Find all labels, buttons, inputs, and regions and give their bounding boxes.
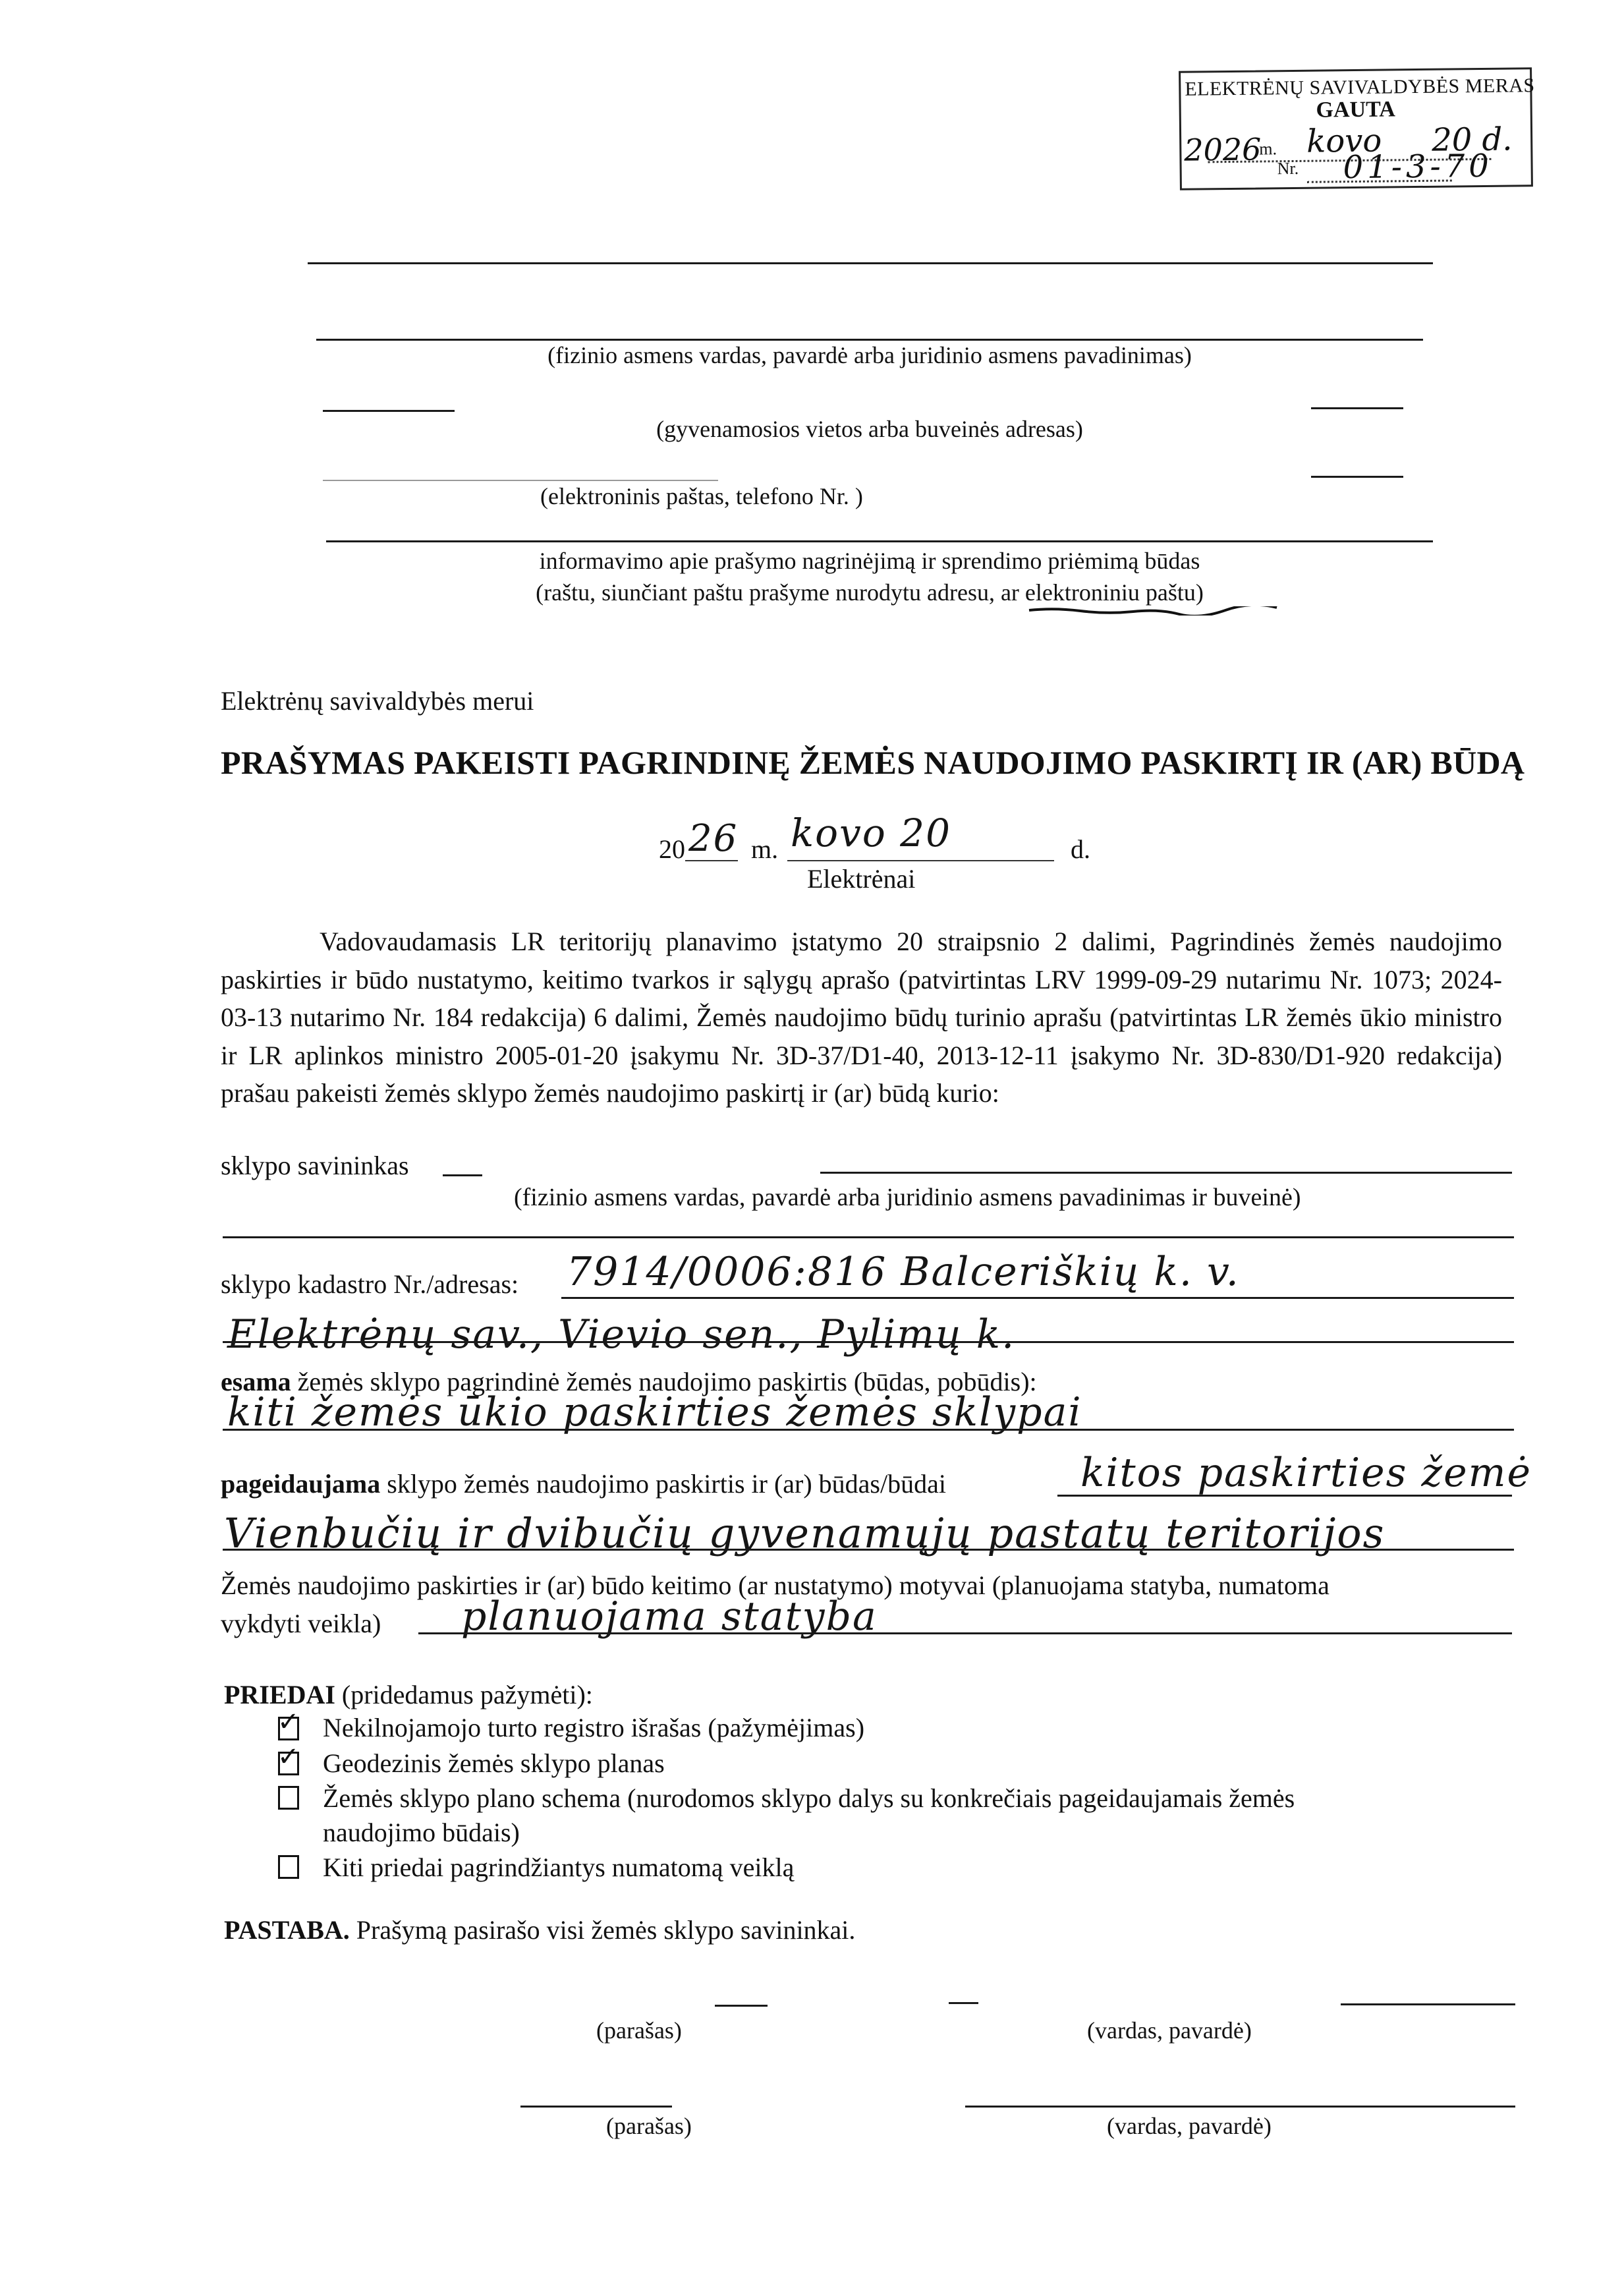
attachment-label-3: Žemės sklypo plano schema (nurodomos skl…: [323, 1783, 1295, 1814]
stamp-number-label: Nr.: [1277, 159, 1299, 179]
attachment-label-4: Kiti priedai pagrindžiantys numatomą vei…: [323, 1852, 794, 1883]
selection-underline-icon: [1028, 606, 1278, 616]
cadastre-label: sklypo kadastro Nr./adresas:: [221, 1269, 518, 1300]
attachments-heading: PRIEDAI (pridedamus pažymėti):: [224, 1679, 593, 1710]
checkmark-icon: ✓: [277, 1707, 300, 1737]
cadastre-value-2[interactable]: Elektrėnų sav., Vievio sen., Pylimų k.: [227, 1311, 1015, 1358]
current-purpose-line: [223, 1429, 1514, 1431]
date-year-line: [685, 860, 738, 861]
attachment-label-1: Nekilnojamojo turto registro išrašas (pa…: [323, 1712, 864, 1743]
owner-label: sklypo savininkas: [221, 1150, 409, 1181]
attachment-label-3-cont: naudojimo būdais): [323, 1817, 520, 1848]
note-text: Prašymą pasirašo visi žemės sklypo savin…: [350, 1915, 856, 1945]
date-month-day-handwritten[interactable]: kovo 20: [791, 811, 951, 855]
date-year-suffix: m.: [751, 834, 778, 865]
attachment-checkbox-4[interactable]: [278, 1855, 299, 1879]
signature-caption-1: (parašas): [596, 2017, 682, 2044]
motive-line: [418, 1632, 1512, 1634]
attachment-checkbox-1[interactable]: ✓: [278, 1717, 299, 1740]
signature-line-1-fragment: [715, 2005, 768, 2007]
stamp-label: GAUTA: [1181, 96, 1530, 125]
cadastre-line-1: [561, 1297, 1514, 1299]
note-bold: PASTABA.: [224, 1915, 350, 1945]
signature-caption-2: (parašas): [606, 2112, 692, 2140]
note: PASTABA. Prašymą pasirašo visi žemės skl…: [224, 1914, 855, 1945]
date-line: [787, 860, 1054, 861]
contact-line-left: [323, 480, 718, 481]
owner-second-line[interactable]: [223, 1236, 1514, 1238]
attachments-heading-bold: PRIEDAI: [224, 1680, 335, 1709]
document-title: PRAŠYMAS PAKEISTI PAGRINDINĘ ŽEMĖS NAUDO…: [221, 743, 1525, 782]
owner-line-short: [443, 1174, 482, 1176]
applicant-address-caption: (gyvenamosios vietos arba buveinės adres…: [316, 415, 1423, 443]
notification-caption-1: informavimo apie prašymo nagrinėjimą ir …: [316, 547, 1423, 575]
applicant-name-caption: (fizinio asmens vardas, pavardė arba jur…: [316, 341, 1423, 369]
body-paragraph: Vadovaudamasis LR teritorijų planavimo į…: [221, 923, 1502, 1112]
desired-purpose-label: pageidaujama sklypo žemės naudojimo pask…: [221, 1468, 946, 1499]
cadastre-line-2: [223, 1341, 1514, 1343]
checkmark-icon: ✓: [277, 1742, 300, 1772]
desired-purpose-label-text: sklypo žemės naudojimo paskirtis ir (ar)…: [380, 1469, 946, 1499]
date-year-prefix: 20: [659, 834, 685, 865]
desired-purpose-label-bold: pageidaujama: [221, 1469, 380, 1499]
owner-caption: (fizinio asmens vardas, pavardė arba jur…: [514, 1183, 1301, 1212]
applicant-name-line[interactable]: [316, 339, 1423, 341]
name-line-1-fragment: [949, 2002, 978, 2004]
body-text: Vadovaudamasis LR teritorijų planavimo į…: [221, 927, 1502, 1108]
stamp-year-suffix: m.: [1259, 139, 1277, 159]
motive-label-2: vykdyti veikla): [221, 1608, 381, 1639]
name-line-2[interactable]: [965, 2106, 1515, 2108]
owner-line[interactable]: [820, 1172, 1512, 1174]
addressee: Elektrėnų savivaldybės merui: [221, 685, 534, 716]
date-year-handwritten[interactable]: 26: [688, 817, 738, 860]
applicant-contact-caption: (elektroninis paštas, telefono Nr. ): [316, 482, 1423, 510]
notification-caption-2: (raštu, siunčiant paštu prašyme nurodytu…: [316, 579, 1423, 606]
blank-line: [308, 262, 1433, 264]
contact-line-right: [1311, 476, 1403, 478]
notification-line[interactable]: [326, 540, 1433, 542]
signature-line-2[interactable]: [520, 2106, 672, 2108]
name-caption-2: (vardas, pavardė): [1107, 2112, 1272, 2140]
attachment-label-2: Geodezinis žemės sklypo planas: [323, 1748, 665, 1779]
desired-purpose-line-1: [1057, 1495, 1512, 1497]
date-place: Elektrėnai: [807, 863, 915, 894]
address-line-right: [1311, 407, 1403, 409]
desired-purpose-line-2: [223, 1549, 1514, 1551]
address-line-left: [323, 410, 455, 412]
attachments-heading-text: (pridedamus pažymėti):: [335, 1680, 593, 1709]
received-stamp: ELEKTRĖNŲ SAVIVALDYBĖS MERAS GAUTA 2026 …: [1179, 67, 1533, 190]
date-day-suffix: d.: [1071, 834, 1090, 865]
cadastre-value-1[interactable]: 7914/0006:816 Balceriškių k. v.: [567, 1249, 1240, 1295]
name-caption-1: (vardas, pavardė): [1087, 2017, 1252, 2044]
attachment-checkbox-2[interactable]: ✓: [278, 1752, 299, 1775]
attachment-checkbox-3[interactable]: [278, 1786, 299, 1810]
name-line-1[interactable]: [1341, 2003, 1515, 2005]
desired-purpose-value-1[interactable]: kitos paskirties žemė: [1080, 1450, 1532, 1496]
